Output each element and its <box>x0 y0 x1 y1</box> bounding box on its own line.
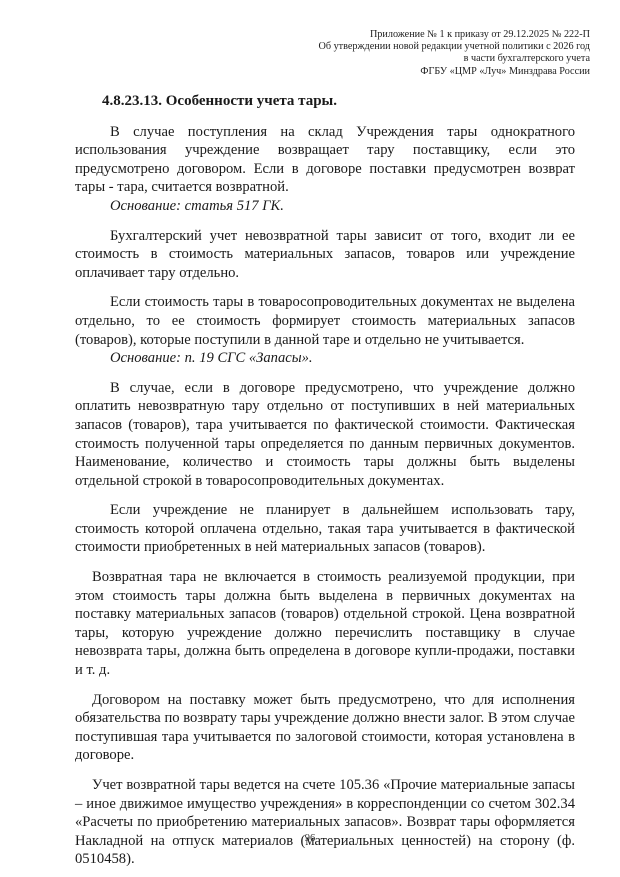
paragraph-deposit: Договором на поставку может быть предусм… <box>75 691 575 765</box>
document-header: Приложение № 1 к приказу от 29.12.2025 №… <box>170 29 590 78</box>
paragraph-returnable-price: Возвратная тара не включается в стоимост… <box>75 568 575 680</box>
header-line-scope: в части бухгалтерского учета <box>170 53 590 65</box>
section-title: 4.8.23.13. Особенности учета тары. <box>102 92 575 111</box>
paragraph-separate-payment: В случае, если в договоре предусмотрено,… <box>75 379 575 491</box>
page-number: 96 <box>0 833 620 844</box>
document-body: 4.8.23.13. Особенности учета тары. В слу… <box>75 92 575 869</box>
header-line-order: Приложение № 1 к приказу от 29.12.2025 №… <box>170 29 590 41</box>
paragraph-returnable-tare: В случае поступления на склад Учреждения… <box>75 123 575 197</box>
paragraph-account-105-36: Учет возвратной тары ведется на счете 10… <box>75 776 575 869</box>
paragraph-cost-not-separated: Если стоимость тары в товаросопроводител… <box>75 293 575 349</box>
legal-basis-gk-517: Основание: статья 517 ГК. <box>75 197 575 216</box>
header-line-subject: Об утверждении новой редакции учетной по… <box>170 41 590 53</box>
paragraph-nonreturnable-accounting: Бухгалтерский учет невозвратной тары зав… <box>75 227 575 283</box>
header-line-organization: ФГБУ «ЦМР «Луч» Минздрава России <box>170 66 590 78</box>
paragraph-no-further-use: Если учреждение не планирует в дальнейше… <box>75 501 575 557</box>
legal-basis-sgs-19: Основание: п. 19 СГС «Запасы». <box>75 349 575 368</box>
